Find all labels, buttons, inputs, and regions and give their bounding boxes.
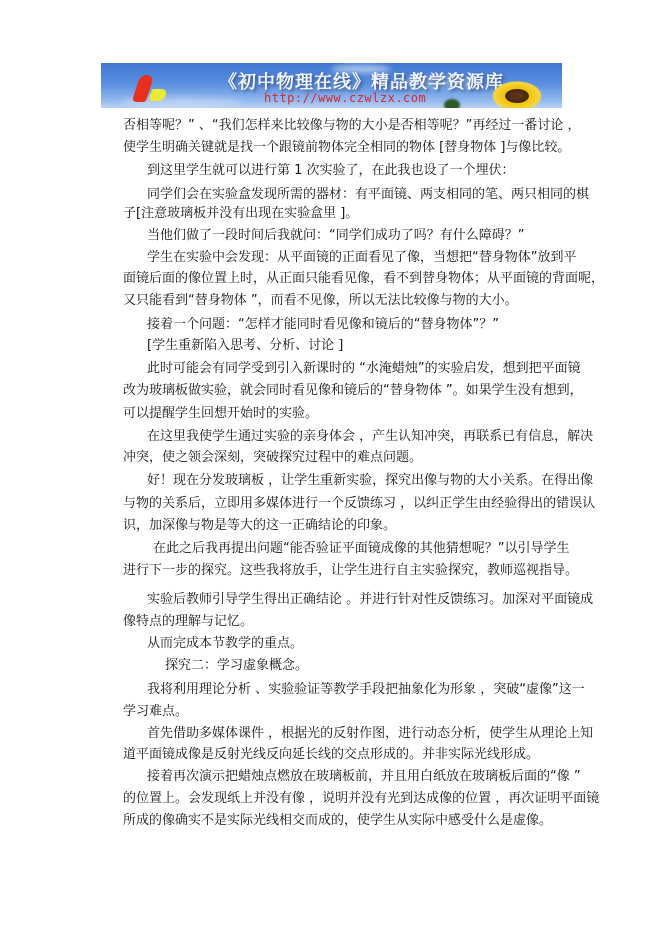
text-line: 进行下一步的探究。这些我将放手，让学生进行自主实验探究，教师巡视指导。 [123,563,578,579]
text-line: 否相等呢？” 、“我们怎样来比较像与物的大小是否相等呢？”再经过一番讨论 ， [123,118,580,134]
text-line: 当他们做了一段时间后我就问：“同学们成功了吗？有什么障碍？” [147,228,524,244]
text-line: 在这里我使学生通过实验的亲身体会 ，产生认知冲突，再联系已有信息，解决 [147,429,593,445]
text-line: 首先借助多媒体课件 ，根据光的反射作图，进行动态分析，使学生从理论上知 [147,726,593,742]
text-line: 面镜后面的像位置上时，从正面只能看见像，看不到替身物体；从平面镜的背面呢， [123,271,604,287]
text-line: 此时可能会有同学受到引入新课时的 “水淹蜡烛”的实验启发，想到把平面镜 [147,361,581,377]
text-line: 接着再次演示把蜡烛点燃放在玻璃板前，并且用白纸放在玻璃板后面的“像 ” [147,769,581,785]
text-line: 又只能看到“替身物体 ”，而看不见像，所以无法比较像与物的大小。 [123,293,518,309]
text-line: 从而完成本节教学的重点。 [147,636,303,652]
text-line: [学生重新陷入思考、分析、讨论 ] [147,338,343,354]
text-line: 可以提醒学生回想开始时的实验。 [123,406,318,422]
text-line: 与物的关系后，立即用多媒体进行一个反馈练习 ，以纠正学生由经验得出的错误认 [123,496,595,512]
text-line: 使学生明确关键就是找一个跟镜前物体完全相同的物体 [替身物体 ]与像比较。 [123,140,570,156]
text-line: 子[注意玻璃板并没有出现在实验盒里 ]。 [123,206,358,222]
text-line: 同学们会在实验盒发现所需的器材：有平面镜、两支相同的笔、两只相同的棋 [147,187,589,203]
text-line: 探究二：学习虚象概念。 [165,658,308,674]
banner-url[interactable]: http://www.czwlzx.com [264,91,426,105]
text-line: 学生在实验中会发现：从平面镜的正面看见了像，当想把“替身物体”放到平 [147,250,576,266]
text-line: 好！现在分发玻璃板 ，让学生重新实验，探究出像与物的大小关系。在得出像 [147,473,593,489]
text-line: 我将利用理论分析 、实验验证等教学手段把抽象化为形象 ，突破“虚像”这一 [147,682,585,698]
text-line: 道平面镜成像是反射光线反向延长线的交点形成的。并非实际光线形成。 [123,747,539,763]
text-line: 到这里学生就可以进行第 1 次实验了，在此我也设了一个埋伏： [147,163,515,179]
text-line: 识，加深像与物是等大的这一正确结论的印象。 [123,518,396,534]
text-line: 冲突，使之领会深刻，突破探究过程中的难点问题。 [123,450,422,466]
sunflower-center [505,89,529,103]
text-line: 所成的像确实不是实际光线相交而成的，使学生从实际中感受什么是虚像。 [123,813,552,829]
text-line: 接着一个问题：“怎样才能同时看见像和镜后的“替身物体”？” [147,317,499,333]
leaf-decoration [444,99,460,108]
text-line: 像特点的理解与记忆。 [123,614,253,630]
text-line: 的位置上。会发现纸上并没有像 ，说明并没有光到达成像的位置 ，再次证明平面镜 [123,791,599,807]
sunflower-icon [492,81,542,108]
header-banner: 《初中物理在线》精品教学资源库 http://www.czwlzx.com [101,63,562,108]
text-line: 改为玻璃板做实验，就会同时看见像和镜后的“替身物体 ”。如果学生没有想到， [123,383,583,399]
text-line: 学习难点。 [123,704,188,720]
text-line: 在此之后我再提出问题“能否验证平面镜成像的其他猜想呢？”以引导学生 [153,541,569,557]
text-line: 实验后教师引导学生得出正确结论 。并进行针对性反馈练习。加深对平面镜成 [147,592,593,608]
